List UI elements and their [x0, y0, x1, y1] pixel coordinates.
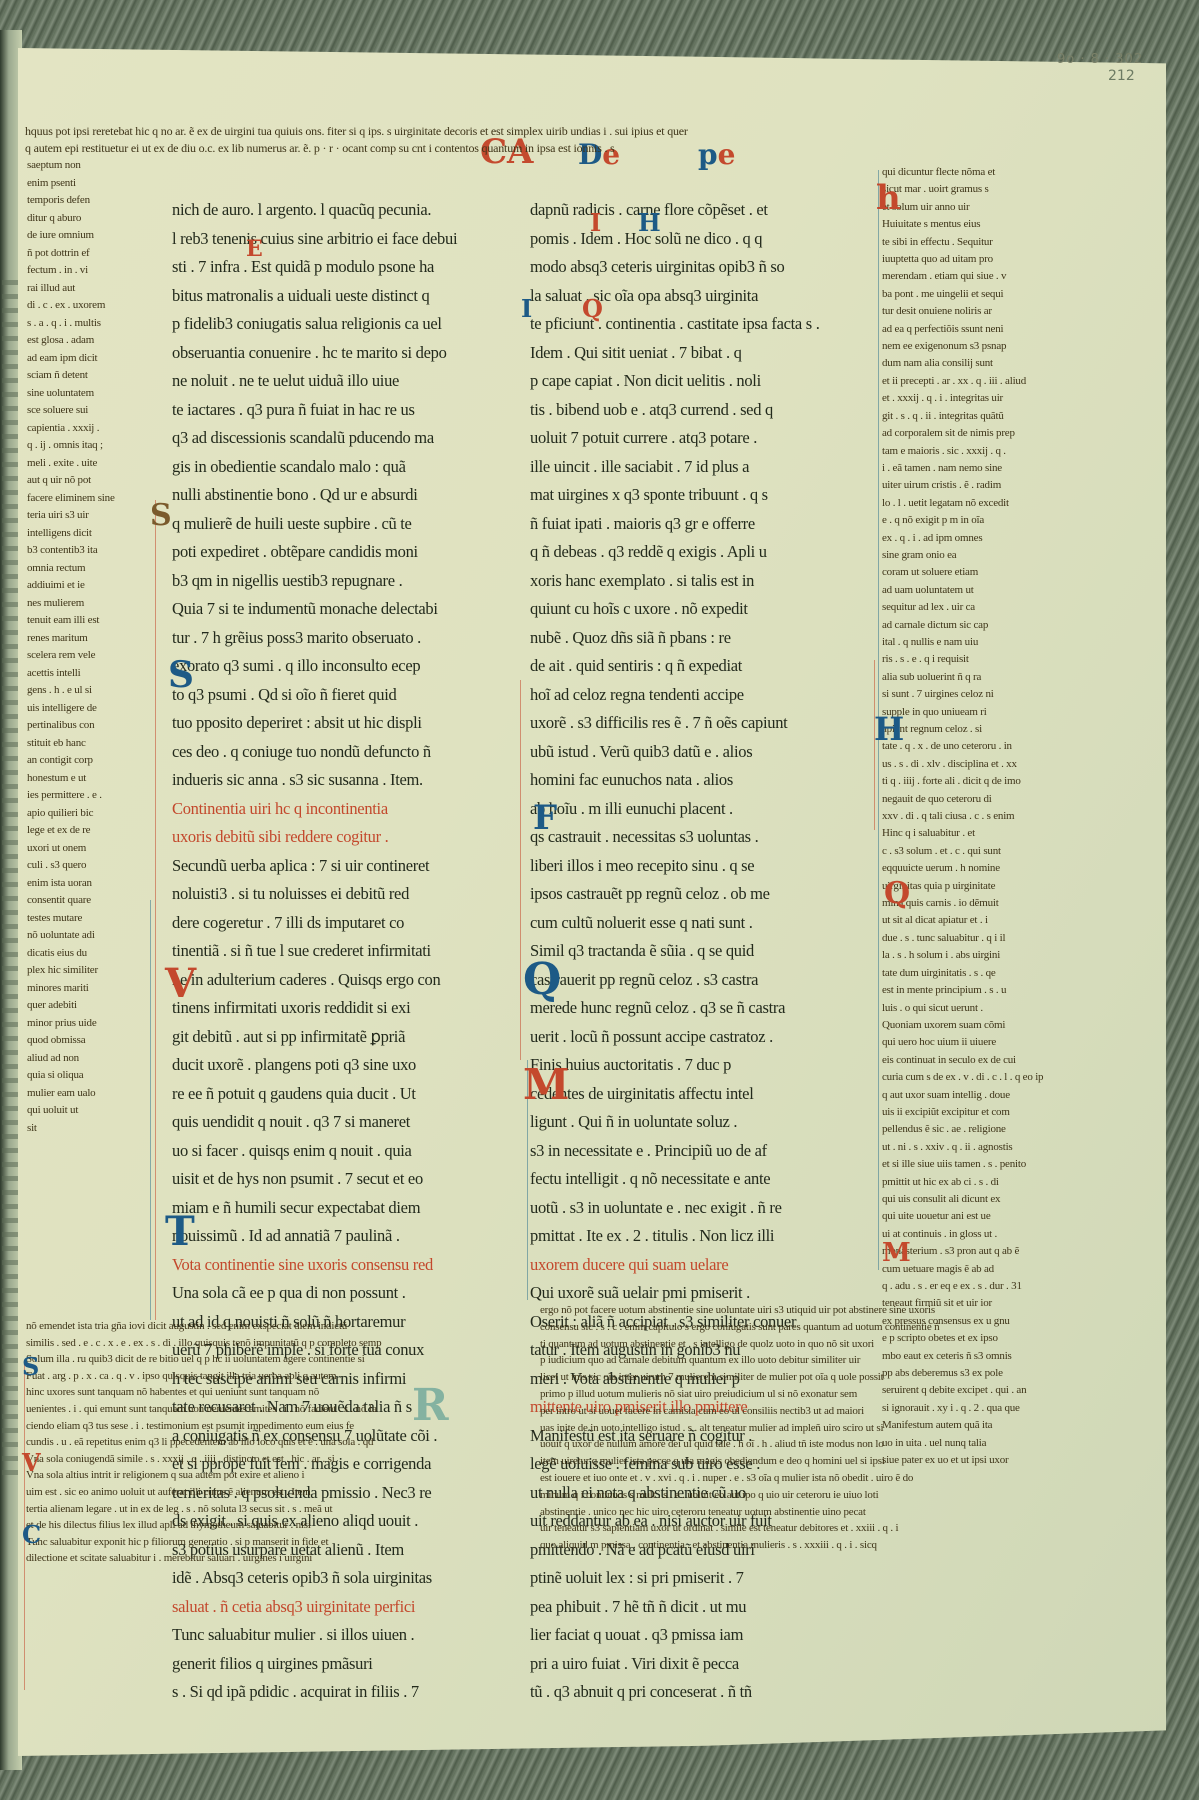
text-line: Tunc saluabitur exponit hic p filiorum g… — [26, 1534, 488, 1551]
text-line: Idem . Qui sitit ueniat . 7 bibat . q — [530, 339, 850, 368]
text-line: de iure omnium — [27, 227, 147, 245]
text-line: c . s3 solum . et . c . qui sunt — [882, 843, 1077, 860]
text-line: uxorem ducere qui suam uelare — [530, 1251, 850, 1280]
text-line: uis ii excipiũt excipitur et com — [882, 1104, 1077, 1121]
text-line: nes mulierem — [27, 595, 147, 613]
text-line: honestum e ut — [27, 770, 147, 788]
initial-M-red: M — [523, 1060, 570, 1109]
initial-T-blue: T — [165, 1208, 195, 1255]
text-line: de ait . quid sentiris : q ñ expediat — [530, 652, 850, 681]
text-line: e . q nõ exigit p m in oĩa — [882, 512, 1077, 529]
text-line: dere cogeretur . 7 illi ds imputaret co — [172, 909, 490, 938]
text-line: pmittat . Ite ex . 2 . titulis . Non lic… — [530, 1222, 850, 1251]
text-line: Vota continentie sine uxoris consensu re… — [172, 1251, 490, 1280]
text-line: mat uirgines x q3 sponte tribuunt . q s — [530, 481, 850, 510]
text-line: us . s . di . xlv . disciplina et . xx — [882, 756, 1077, 773]
text-line: castrauerit pp regnũ celoz . s3 castra — [530, 966, 850, 995]
text-line: lier faciat q uouat . q3 pmissa iam — [530, 1621, 850, 1650]
text-line: dum nam alia consilij sunt — [882, 355, 1077, 372]
text-line: pellendus ẽ sic . ae . religione — [882, 1121, 1077, 1138]
text-line: quia si oliqua — [27, 1067, 147, 1085]
text-line: intelligens dicit — [27, 525, 147, 543]
adjacent-page-text — [2, 280, 18, 1480]
text-line: uotũ . s3 in uoluntate e . nec exigit . … — [530, 1194, 850, 1223]
text-line: nõ uoluntate adi — [27, 927, 147, 945]
text-line: dapnũ radicis . carne flore cõpẽset . et — [530, 196, 850, 225]
text-line: coram ut soluere etiam — [882, 564, 1077, 581]
text-line: sce soluere sui — [27, 402, 147, 420]
penwork-flourish-blue-a — [150, 900, 151, 1320]
text-line: nich de auro. l argento. l quacũq pecuni… — [172, 196, 490, 225]
text-line: et ii precepti . ar . xx . q . iii . ali… — [882, 373, 1077, 390]
text-line: eqquuicte uerum . h nomine — [882, 860, 1077, 877]
text-line: ad uam uoluntatem ut — [882, 582, 1077, 599]
text-line: saluat . ñ cetia absq3 uirginitate perfi… — [172, 1593, 490, 1622]
text-line: consentit quare — [27, 892, 147, 910]
text-line: renes maritum — [27, 630, 147, 648]
text-line: plex hic similiter — [27, 962, 147, 980]
text-line: nubẽ . Quoz dñs siã ñ pbans : re — [530, 624, 850, 653]
text-line: est glosa . adam — [27, 332, 147, 350]
text-line: git debitũ . aut si pp infirmitatẽ ꝑpriã — [172, 1023, 490, 1052]
text-line: tũ . q3 abnuit q pri conceserat . ñ tñ — [530, 1678, 850, 1707]
text-line: ad corporalem sit de nimis prep — [882, 425, 1077, 442]
text-line: negauit de quo ceteroru di — [882, 791, 1077, 808]
text-line: lo . l . uetit legatam nõ excedit — [882, 495, 1077, 512]
text-line: aliud ad non — [27, 1050, 147, 1068]
text-line: enim psenti — [27, 175, 147, 193]
text-line: Continentia uiri hc q incontinentia — [172, 795, 490, 824]
initial-S-blue: S — [168, 654, 194, 696]
text-line: Finis huius auctoritatis . 7 duc p — [530, 1051, 850, 1080]
text-line: tinens infirmitati uxoris reddidit si ex… — [172, 994, 490, 1023]
text-line: quod obmissa — [27, 1032, 147, 1050]
text-line: Secundũ uerba aplica : 7 si uir continer… — [172, 852, 490, 881]
text-line: generit filios q uirgines pmãsuri — [172, 1650, 490, 1679]
text-line: uxori ut onem — [27, 840, 147, 858]
text-line: hquus pot ipsi reretebat hic q no ar. ẽ … — [25, 123, 1075, 140]
text-line: stituit eb hanc — [27, 735, 147, 753]
text-line: tenuit eam illi est — [27, 612, 147, 630]
text-line: omnia rectum — [27, 560, 147, 578]
text-line: nem ee exigenonum s3 psnap — [882, 338, 1077, 355]
initial-I-blue: I — [521, 294, 532, 323]
text-line: ital . q nullis e nam uiu — [882, 634, 1077, 651]
initial-F-blue: F — [533, 798, 557, 838]
text-line: pmittit ut hic ex ab ci . s . di — [882, 1174, 1077, 1191]
text-line: q ñ debeas . q3 reddẽ q exigis . Apli u — [530, 538, 850, 567]
text-line: qui dicuntur flecte nõma et — [882, 164, 1077, 181]
text-line: facere eliminem sine — [27, 490, 147, 508]
initial-I-red: I — [590, 208, 601, 237]
gloss-left-column: saeptum nonenim psentitemporis defenditu… — [27, 157, 147, 1137]
text-line: qui uite uouetur ani est ue — [882, 1208, 1077, 1225]
text-line: b3 contentib3 ita — [27, 542, 147, 560]
text-line: ut sit al dicat apiatur et . i — [882, 912, 1077, 929]
text-line: s . Si qd ipã pdidic . acquirat in filii… — [172, 1678, 490, 1707]
text-line: ti q . iiij . forte ali . dicit q de imo — [882, 773, 1077, 790]
text-line: indueris sic anna . s3 sic susanna . Ite… — [172, 766, 490, 795]
text-line: uir teneatur s3 sapientiam uxor ut ordin… — [540, 1520, 1035, 1537]
text-line: quiunt cu hoĩs c uxore . nõ expedit — [530, 595, 850, 624]
text-line: quer adebiti — [27, 997, 147, 1015]
text-line: mina quis carnis . io dẽmuit — [882, 895, 1077, 912]
initial-V-red-gloss: V — [22, 1448, 41, 1477]
text-line: sti . 7 infra . Est quidã p modulo psone… — [172, 253, 490, 282]
text-line: et solum uir anno uir — [882, 199, 1077, 216]
text-line: an contigit corp — [27, 752, 147, 770]
text-line: uouit q uxor de nullum amore dei ul quid… — [540, 1436, 1035, 1453]
text-line: ne noluit . ne te uelut uiduã illo uiue — [172, 367, 490, 396]
text-line: ubũ istud . Verũ quib3 datũ e . alios — [530, 738, 850, 767]
text-line: ditur q aburo — [27, 210, 147, 228]
text-line: xoris hanc exemplato . si talis est in — [530, 567, 850, 596]
penwork-flourish-left-b — [520, 680, 521, 1060]
text-line: te iactares . q3 pura ñ fuiat in hac re … — [172, 396, 490, 425]
text-line: noluisti3 . si tu noluisses ei debitũ re… — [172, 880, 490, 909]
text-line: item uiretur q mulier ista pecce q uia m… — [540, 1453, 1035, 1470]
text-line: teria uiri s3 uir — [27, 507, 147, 525]
text-line: saeptum non — [27, 157, 147, 175]
text-line: scelera rem vele — [27, 647, 147, 665]
gloss-top: hquus pot ipsi reretebat hic q no ar. ẽ … — [25, 123, 1075, 158]
text-line: sciam ñ detent — [27, 367, 147, 385]
text-line: ipsos castrauẽt pp regnũ celoz . ob me — [530, 880, 850, 909]
text-line: apio quilieri bic — [27, 805, 147, 823]
text-line: fectu intelligit . q nõ necessitate e an… — [530, 1165, 850, 1194]
text-line: dilectione et scitate saluabitur i . mer… — [26, 1550, 488, 1567]
text-line: monasterium . s3 pron aut q ab ẽ — [882, 1243, 1077, 1260]
text-line: p cape capiat . Non dicit uelitis . noli — [530, 367, 850, 396]
text-line: rai illud aut — [27, 280, 147, 298]
text-line: gis in obedientie scandalo malo : quã — [172, 453, 490, 482]
text-line: idẽ . Absq3 ceteris opib3 ñ sola uirgini… — [172, 1564, 490, 1593]
text-line: qui uis consulit ali dicunt ex — [882, 1191, 1077, 1208]
text-line: Una sola cã ee p qua di non possunt . — [172, 1279, 490, 1308]
text-line: et si ille siue uiis tamen . s . penito — [882, 1156, 1077, 1173]
text-line: uiter uirum cristis . ẽ . radim — [882, 477, 1077, 494]
text-line: minores mariti — [27, 980, 147, 998]
text-line: uis intelligere de — [27, 700, 147, 718]
text-line: cundis . u . eã repetitus enim q3 li ppe… — [26, 1434, 488, 1451]
shelfmark: 9o · 8 · 302 — [1057, 52, 1143, 67]
text-line: obseruantia conuenire . hc te marito si … — [172, 339, 490, 368]
text-line: tis . bibend uob e . atq3 currend . sed … — [530, 396, 850, 425]
folio-number: 212 — [1108, 68, 1135, 84]
text-line: ab hoĩu . m illi eunuchi placent . — [530, 795, 850, 824]
text-line: Simil q3 tractanda ẽ sũia . q se quid — [530, 937, 850, 966]
text-line: ñ pot dottrin ef — [27, 245, 147, 263]
text-line: dicatis eius du — [27, 945, 147, 963]
gloss-right-column: qui dicuntur flecte nõma etsicut mar . u… — [882, 164, 1077, 1469]
text-line: eis continuat in seculo ex de cui — [882, 1052, 1077, 1069]
text-line: est in mente principium . s . u — [882, 982, 1077, 999]
text-line: ñ fuiat ipati . maioris q3 gr e offerre — [530, 510, 850, 539]
text-line: b3 qm in nigellis uestib3 repugnare . — [172, 567, 490, 596]
initial-C-blue-gloss: C — [22, 1520, 41, 1549]
text-line: ies permittere . e . — [27, 787, 147, 805]
text-line: exorato q3 sumi . q illo inconsulto ecep — [172, 652, 490, 681]
text-line: tate dum uirginitatis . s . qe — [882, 965, 1077, 982]
text-line: et . xxxij . q . i . integritas uir — [882, 390, 1077, 407]
text-line: uxoris debitũ sibi reddere cogitur . — [172, 823, 490, 852]
text-line: merede hunc regnũ celoz . q3 se ñ castra — [530, 994, 850, 1023]
text-line: to q3 psumi . Qd si oĩo ñ fieret quid — [172, 681, 490, 710]
text-line: git . s . q . ii . integritas quãtũ — [882, 408, 1077, 425]
text-line: p fidelib3 coniugatis salua religionis c… — [172, 310, 490, 339]
text-line: sine gram onio ea — [882, 547, 1077, 564]
text-line: uisit et de hys non psumit . 7 secut et … — [172, 1165, 490, 1194]
text-line: ptinẽ uoluit lex : si pri pmiserit . 7 — [530, 1564, 850, 1593]
text-line: sit — [27, 1120, 147, 1138]
text-line: te sibi in effectu . Sequitur — [882, 234, 1077, 251]
initial-H-blue-gloss: H — [874, 710, 904, 748]
initial-E-red: E — [246, 236, 263, 262]
text-line: ui at continuis . in gloss ut . — [882, 1226, 1077, 1243]
text-line: quis uendidit q nouit . q3 7 si maneret — [172, 1108, 490, 1137]
text-line: abstinentie . unico nec hic uiro ceteror… — [540, 1504, 1035, 1521]
text-line: iuuptetta quo ad uitam pro — [882, 251, 1077, 268]
text-line: la saluat . sic oĩa opa absq3 uirginita — [530, 282, 850, 311]
text-line: est iouere et iuo onte et . v . xvi . q … — [540, 1470, 1035, 1487]
text-line: enim ista uoran — [27, 875, 147, 893]
text-line: ad eam ipm dicit — [27, 350, 147, 368]
text-line: liberi illos i meo recepito sinu . q se — [530, 852, 850, 881]
text-line: nouissimũ . Id ad annatiã 7 paulinã . — [172, 1222, 490, 1251]
text-line: ligunt . Qui ñ in uoluntate soluz . — [530, 1108, 850, 1137]
text-line: Tunc saluabitur mulier . si illos uiuen … — [172, 1621, 490, 1650]
text-line: q autem epi restituetur ei ut ex de diu … — [25, 140, 1075, 157]
initial-H-blue: H — [638, 208, 661, 237]
text-line: poti expediret . obtẽpare candidis moni — [172, 538, 490, 567]
text-line: pri a uiro fuiat . Viri dixit ẽ pecca — [530, 1650, 850, 1679]
text-line: aut q uir nõ pot — [27, 472, 147, 490]
text-line: sequitur ad lex . uir ca — [882, 599, 1077, 616]
initial-Q-red: Q — [582, 294, 603, 323]
text-line: la . s . h solum i . abs uirgini — [882, 947, 1077, 964]
text-line: tuo pposito deperiret : absit ut hic dis… — [172, 709, 490, 738]
text-line: Quoniam uxorem suam cõmi — [882, 1017, 1077, 1034]
text-line: supple in quo uniueam ri — [882, 704, 1077, 721]
text-line: uirginitas quia p uirginitate — [882, 878, 1077, 895]
text-line: pomis . Idem . Hoc solũ ne dico . q q — [530, 225, 850, 254]
text-line: acettis intelli — [27, 665, 147, 683]
text-line: p iudicium quo ad carnale debitum quantu… — [540, 1352, 1035, 1369]
penwork-flourish-left-a — [155, 500, 156, 1320]
text-line: ris . s . e . q i requisit — [882, 651, 1077, 668]
text-line: s3 in necessitate e . Principiũ uo de af — [530, 1137, 850, 1166]
text-line: qui uero hoc uium ii uiuere — [882, 1034, 1077, 1051]
text-line: cum cultũ noluerit esse q nati sunt . — [530, 909, 850, 938]
text-line: ad ea q perfectiõis ssunt neni — [882, 321, 1077, 338]
text-line: uo si facer . quisqs enim q nouit . quia — [172, 1137, 490, 1166]
text-line: tate . q . x . de uno ceteroru . in — [882, 738, 1077, 755]
text-line: modo absq3 ceteris uirginitas opib3 ñ so — [530, 253, 850, 282]
text-line: ne in adulterium caderes . Quisqs ergo c… — [172, 966, 490, 995]
text-line: apient regnum celoz . si — [882, 721, 1077, 738]
text-line: re ee ñ potuit q gaudens quia ducit . Ut — [172, 1080, 490, 1109]
text-line: merendam . etiam qui siue . v — [882, 268, 1077, 285]
text-line: Vna sola coniugendã simile . s . xxxij .… — [26, 1451, 488, 1468]
text-line: testes mutare — [27, 910, 147, 928]
gloss-bottom-left: nõ emendet ista tria gña iovi dicit augu… — [26, 1318, 488, 1567]
text-line: uim est . sic eo animo uoluit ut auferat… — [26, 1484, 488, 1501]
text-line: cum uetuare magis ẽ ab ad — [882, 1261, 1077, 1278]
text-line: minum q i continuos s mult . s . e . uol… — [540, 1487, 1035, 1504]
text-line: sine uoluntatem — [27, 385, 147, 403]
text-line: ti quantum ad uotum abstinentie et . s i… — [540, 1336, 1035, 1353]
text-line: tur . 7 h grẽius poss3 marito obseruato … — [172, 624, 490, 653]
text-line: nulli abstinentie bono . Qd ur e absurdi — [172, 481, 490, 510]
text-line: et de his dilectus filius lex illud apli… — [26, 1517, 488, 1534]
text-line: ducit uxorẽ . plangens poti q3 sine uxo — [172, 1051, 490, 1080]
text-line: addiuimi et ie — [27, 577, 147, 595]
text-line: culi . s3 quero — [27, 857, 147, 875]
text-line: per intro ut si uouet facere in camisia … — [540, 1403, 1035, 1420]
text-line: uxorẽ . s3 difficilis res ẽ . 7 ñ oẽs ca… — [530, 709, 850, 738]
text-line: ex . q . i . ad ipm omnes — [882, 530, 1077, 547]
text-line: luis . o qui sicut uerunt . — [882, 1000, 1077, 1017]
initial-S-blue-gloss: S — [22, 1352, 39, 1381]
text-line: meli . exite . uite — [27, 455, 147, 473]
text-line: minor prius uide — [27, 1015, 147, 1033]
text-line: qs castrauit . necessitas s3 uoluntas . — [530, 823, 850, 852]
text-line: si sunt . 7 uirgines celoz ni — [882, 686, 1077, 703]
text-line: capientia . xxxij . — [27, 420, 147, 438]
text-line: ces deo . q coniuge tuo nondũ defuncto ñ — [172, 738, 490, 767]
text-line: fectum . in . vi — [27, 262, 147, 280]
initial-Q-blue: Q — [523, 954, 561, 1005]
text-line: q3 ad discessionis scandalũ pducendo ma — [172, 424, 490, 453]
text-line: primo p illud uotum mulieris nõ siat uir… — [540, 1386, 1035, 1403]
text-line: alia sub uoluerint ñ q ra — [882, 669, 1077, 686]
text-line: i . eã tamen . nam nemo sine — [882, 460, 1077, 477]
text-line: pertinalibus con — [27, 717, 147, 735]
text-line: Vna sola altius intrit ir religionem q s… — [26, 1467, 488, 1484]
text-line: te pficiunt . continentia . castitate ip… — [530, 310, 850, 339]
text-line: ad carnale dictum sic cap — [882, 617, 1077, 634]
initial-R-green-gloss: R — [412, 1380, 449, 1431]
text-line: homini fac eunuchos nata . alios — [530, 766, 850, 795]
text-line: uas inite de in uoto intelligo istud . s… — [540, 1420, 1035, 1437]
initial-V-red: V — [165, 960, 196, 1007]
text-line: consensu sic . s . c . enim capitulo s e… — [540, 1319, 1035, 1336]
text-line: pea phibuit . 7 hẽ tñ ñ dicit . ut mu — [530, 1593, 850, 1622]
text-line: licet ut mis sic oĩa inter uirum 7 mulie… — [540, 1369, 1035, 1386]
text-line: di . c . ex . uxorem — [27, 297, 147, 315]
text-line: tam e maioris . sic . xxxij . q . — [882, 443, 1077, 460]
text-line: mulier eam ualo — [27, 1085, 147, 1103]
text-line: ba pont . me uingelii et sequi — [882, 286, 1077, 303]
text-line: nõ emendet ista tria gña iovi dicit augu… — [26, 1318, 488, 1335]
text-line: Quia 7 si te indumentũ monache delectabi — [172, 595, 490, 624]
text-line: ille uincit . ille saciabit . 7 id plus … — [530, 453, 850, 482]
text-line: uerit . locũ ñ possunt accipe castratoz … — [530, 1023, 850, 1052]
text-line: miam e ñ humili secur expectabat diem — [172, 1194, 490, 1223]
text-line: curia cum s de ex . v . di . c . l . q e… — [882, 1069, 1077, 1086]
text-line: Solum illa . ru quib3 dicit de re bitio … — [26, 1351, 488, 1368]
text-line: due . s . tunc saluabitur . q i il — [882, 930, 1077, 947]
text-line: cedentes de uirginitatis affectu intel — [530, 1080, 850, 1109]
text-line: sicut mar . uoirt gramus s — [882, 181, 1077, 198]
gloss-bottom-right: ergo nõ pot facere uotum abstinentie sin… — [540, 1302, 1035, 1554]
text-line: gens . h . e ul si — [27, 682, 147, 700]
text-line: q aut uxor suam intellig . doue — [882, 1087, 1077, 1104]
text-line: quo aliquid m pmissa . continentia . et … — [540, 1537, 1035, 1554]
text-line: uoluit 7 potuit currere . atq3 potare . — [530, 424, 850, 453]
text-line: similis . sed . e . c . x . e . ex . s .… — [26, 1335, 488, 1352]
text-line: q . adu . s . er eq e ex . s . dur . 31 — [882, 1278, 1077, 1295]
text-line: q mulierẽ de huili ueste supbire . cũ te — [172, 510, 490, 539]
text-line: bitus matronalis a uiduali ueste distinc… — [172, 282, 490, 311]
initial-S-red: S — [150, 498, 172, 533]
initial-H-red-gloss: h — [876, 178, 901, 218]
initial-Q-red-gloss: Q — [884, 876, 910, 911]
text-line: tertia alienam legare . ut in ex de leg … — [26, 1501, 488, 1518]
text-line: ut . ni . s . xxiv . q . ii . agnostis — [882, 1139, 1077, 1156]
text-line: l reb3 tenenis cuius sine arbitrio ei fa… — [172, 225, 490, 254]
text-line: xxv . di . q tali ciusa . c . s enim — [882, 808, 1077, 825]
text-line: ergo nõ pot facere uotum abstinentie sin… — [540, 1302, 1035, 1319]
text-line: tur desit onuiene noliris ar — [882, 303, 1077, 320]
text-line: tinentiã . si ñ tue l sue crederet infir… — [172, 937, 490, 966]
text-line: lege et ex de re — [27, 822, 147, 840]
text-line: q . ij . omnis itaq ; — [27, 437, 147, 455]
text-line: qui uoluit ut — [27, 1102, 147, 1120]
text-line: hoĩ ad celoz regna tendenti accipe — [530, 681, 850, 710]
text-line: temporis defen — [27, 192, 147, 210]
text-line: s . a . q . i . multis — [27, 315, 147, 333]
text-line: Huiuitate s mentus eius — [882, 216, 1077, 233]
text-line: Hinc q i saluabitur . et — [882, 825, 1077, 842]
initial-M-red-gloss: M — [882, 1238, 911, 1268]
